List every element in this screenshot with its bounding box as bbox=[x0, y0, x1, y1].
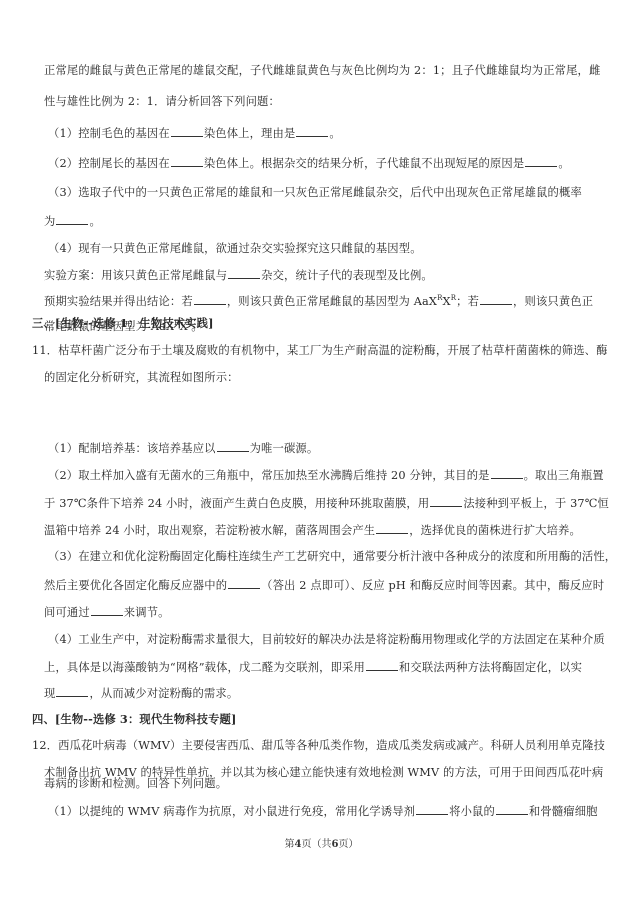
answer-blank bbox=[228, 577, 260, 589]
text: 来调节。 bbox=[124, 606, 170, 619]
answer-blank bbox=[296, 125, 328, 137]
text: （答出 2 点即可）、反应 pH 和酶反应时间等因素。其中，酶反应时 bbox=[261, 579, 604, 592]
text: ，选择优良的菌株进行扩大培养。 bbox=[409, 524, 581, 537]
answer-blank bbox=[366, 659, 398, 671]
text: （3）选取子代中的一只黄色正常尾的雄鼠和一只灰色正常尾雌鼠杂交，后代中出现灰色正… bbox=[48, 186, 582, 199]
answer-blank bbox=[91, 604, 123, 616]
text: 上，具体是以海藻酸钠为“网格”载体，戊二醛为交联剂，即采用 bbox=[44, 661, 365, 674]
text: 性与雄性比例为 2：1．请分析回答下列问题： bbox=[44, 95, 280, 108]
section3-heading: 三、[生物--选修 1：生物技术实践] bbox=[32, 315, 592, 331]
answer-blank bbox=[171, 125, 203, 137]
q11-part1: （1）配制培养基：该培养基应以为唯一碳源。 bbox=[48, 440, 608, 457]
page-number: 4 bbox=[295, 839, 302, 850]
text: 。 bbox=[558, 157, 569, 170]
q12-line3-final: 毒病的诊断和检测。回答下列问题。 bbox=[44, 776, 604, 792]
document-page: 正常尾的雌鼠与黄色正常尾的雄鼠交配，子代雌雄鼠黄色与灰色比例均为 2：1；且子代… bbox=[0, 0, 643, 909]
text: 12．西瓜花叶病毒（WMV）主要侵害西瓜、甜瓜等各种瓜类作物，造成瓜类发病或减产… bbox=[32, 739, 605, 752]
q10-intro-line2: 性与雄性比例为 2：1．请分析回答下列问题： bbox=[44, 94, 604, 110]
q11-line2: 的固定化分析研究，其流程如图所示： bbox=[44, 370, 604, 386]
answer-blank bbox=[430, 495, 462, 507]
answer-blank bbox=[491, 467, 523, 479]
text: （4）工业生产中，对淀粉酶需求量很大，目前较好的解决办法是将淀粉酶用物理或化学的… bbox=[48, 633, 605, 646]
page-footer: 第4页（共6页） bbox=[0, 835, 643, 850]
text: 为 bbox=[44, 215, 55, 228]
heading-text: 四、[生物--选修 3：现代生物科技专题] bbox=[32, 712, 236, 726]
text: 为唯一碳源。 bbox=[250, 442, 319, 455]
q11-line1: 11．枯草杆菌广泛分布于土壤及腐败的有机物中，某工厂为生产耐高温的淀粉酶，开展了… bbox=[32, 343, 592, 359]
text: 11．枯草杆菌广泛分布于土壤及腐败的有机物中，某工厂为生产耐高温的淀粉酶，开展了… bbox=[32, 344, 608, 357]
q11-part4-line2: 上，具体是以海藻酸钠为“网格”载体，戊二醛为交联剂，即采用和交联法两种方法将酶固… bbox=[44, 659, 604, 676]
text: 的固定化分析研究，其流程如图所示： bbox=[44, 371, 239, 384]
text: （1）配制培养基：该培养基应以 bbox=[48, 442, 216, 455]
answer-blank bbox=[376, 522, 408, 534]
text: （2）控制尾长的基因在 bbox=[48, 157, 170, 170]
text: （2）取土样加入盛有无菌水的三角瓶中，常压加热至水沸腾后维持 20 分钟，其目的… bbox=[48, 469, 490, 482]
footer-text: 页（共 bbox=[302, 839, 332, 850]
q10-part4: （4）现有一只黄色正常尾雌鼠，欲通过杂交实验探究这只雌鼠的基因型。 bbox=[48, 241, 608, 257]
q11-part2-line3: 温箱中培养 24 小时，取出观察，若淀粉被水解，菌落周围会产生，选择优良的菌株进… bbox=[44, 522, 604, 539]
text: （3）在建立和优化淀粉酶固定化酶柱连续生产工艺研究中，通常要分析汁液中各种成分的… bbox=[48, 550, 616, 563]
answer-blank bbox=[56, 213, 88, 225]
answer-blank bbox=[228, 267, 260, 279]
q11-part2-line1: （2）取土样加入盛有无菌水的三角瓶中，常压加热至水沸腾后维持 20 分钟，其目的… bbox=[48, 467, 608, 484]
q10-expect-line1: 预期实验结果并得出结论：若，则该只黄色正常尾雌鼠的基因型为 AaXRXR；若，则… bbox=[44, 293, 604, 310]
text: X bbox=[443, 295, 451, 308]
text: 和骨髓瘤细胞 bbox=[529, 805, 598, 818]
flowchart-figure-placeholder bbox=[44, 385, 594, 435]
q10-plan: 实验方案：用该只黄色正常尾雌鼠与杂交，统计子代的表现型及比例。 bbox=[44, 267, 604, 284]
text: 染色体上。根据杂交的结果分析，子代雄鼠不出现短尾的原因是 bbox=[204, 157, 525, 170]
text: ；若 bbox=[456, 295, 479, 308]
q12-line1: 12．西瓜花叶病毒（WMV）主要侵害西瓜、甜瓜等各种瓜类作物，造成瓜类发病或减产… bbox=[32, 738, 592, 754]
text: 。 bbox=[329, 127, 340, 140]
q11-part2-line2: 于 37℃条件下培养 24 小时，液面产生黄白色皮膜，用接种环挑取菌膜，用法接种… bbox=[44, 495, 604, 512]
text: 于 37℃条件下培养 24 小时，液面产生黄白色皮膜，用接种环挑取菌膜，用 bbox=[44, 497, 429, 510]
text: ，则该只黄色正 bbox=[513, 295, 593, 308]
footer-text: 页） bbox=[338, 839, 358, 850]
text: 染色体上，理由是 bbox=[204, 127, 296, 140]
section4-heading: 四、[生物--选修 3：现代生物科技专题] bbox=[32, 711, 592, 727]
q11-part4-line3: 现，从而减少对淀粉酶的需求。 bbox=[44, 685, 604, 702]
q11-part4-line1: （4）工业生产中，对淀粉酶需求量很大，目前较好的解决办法是将淀粉酶用物理或化学的… bbox=[48, 632, 608, 648]
q10-part3-line1: （3）选取子代中的一只黄色正常尾的雄鼠和一只灰色正常尾雌鼠杂交，后代中出现灰色正… bbox=[48, 185, 608, 201]
text: 实验方案：用该只黄色正常尾雌鼠与 bbox=[44, 269, 227, 282]
q10-part3-line2: 为。 bbox=[44, 213, 604, 230]
text: 然后主要优化各固定化酶反应器中的 bbox=[44, 579, 227, 592]
text: 现 bbox=[44, 687, 55, 700]
answer-blank bbox=[171, 155, 203, 167]
answer-blank bbox=[56, 685, 88, 697]
text: 。取出三角瓶置 bbox=[524, 469, 604, 482]
text: （4）现有一只黄色正常尾雌鼠，欲通过杂交实验探究这只雌鼠的基因型。 bbox=[48, 242, 422, 255]
answer-blank bbox=[217, 440, 249, 452]
text: （1）以提纯的 WMV 病毒作为抗原，对小鼠进行免疫，常用化学诱导剂 bbox=[48, 805, 415, 818]
answer-blank bbox=[480, 293, 512, 305]
text: 正常尾的雌鼠与黄色正常尾的雄鼠交配，子代雌雄鼠黄色与灰色比例均为 2：1；且子代… bbox=[44, 64, 600, 77]
answer-blank bbox=[525, 155, 557, 167]
text: 预期实验结果并得出结论：若 bbox=[44, 295, 193, 308]
q10-part1: （1）控制毛色的基因在染色体上，理由是。 bbox=[48, 125, 608, 142]
text: （1）控制毛色的基因在 bbox=[48, 127, 170, 140]
text: 杂交，统计子代的表现型及比例。 bbox=[261, 269, 433, 282]
q11-part3-line3: 间可通过来调节。 bbox=[44, 604, 604, 621]
answer-blank bbox=[416, 803, 448, 815]
text: ，从而减少对淀粉酶的需求。 bbox=[89, 687, 238, 700]
q10-part2: （2）控制尾长的基因在染色体上。根据杂交的结果分析，子代雄鼠不出现短尾的原因是。 bbox=[48, 155, 608, 172]
text: 法接种到平板上，于 37℃恒 bbox=[463, 497, 609, 510]
text: ，则该只黄色正常尾雌鼠的基因型为 AaX bbox=[227, 295, 437, 308]
heading-text: 三、[生物--选修 1：生物技术实践] bbox=[32, 316, 214, 330]
answer-blank bbox=[496, 803, 528, 815]
text: 间可通过 bbox=[44, 606, 90, 619]
answer-blank bbox=[194, 293, 226, 305]
q11-part3-line2: 然后主要优化各固定化酶反应器中的（答出 2 点即可）、反应 pH 和酶反应时间等… bbox=[44, 577, 604, 594]
text: 和交联法两种方法将酶固定化，以实 bbox=[399, 661, 582, 674]
footer-text: 第 bbox=[285, 839, 295, 850]
text: 。 bbox=[89, 215, 100, 228]
text: 毒病的诊断和检测。回答下列问题。 bbox=[44, 777, 227, 790]
text: 将小鼠的 bbox=[449, 805, 495, 818]
q10-intro-line1: 正常尾的雌鼠与黄色正常尾的雄鼠交配，子代雌雄鼠黄色与灰色比例均为 2：1；且子代… bbox=[44, 63, 604, 79]
q12-part1: （1）以提纯的 WMV 病毒作为抗原，对小鼠进行免疫，常用化学诱导剂将小鼠的和骨… bbox=[48, 803, 608, 820]
q11-part3-line1: （3）在建立和优化淀粉酶固定化酶柱连续生产工艺研究中，通常要分析汁液中各种成分的… bbox=[48, 549, 608, 565]
text: 温箱中培养 24 小时，取出观察，若淀粉被水解，菌落周围会产生 bbox=[44, 524, 375, 537]
